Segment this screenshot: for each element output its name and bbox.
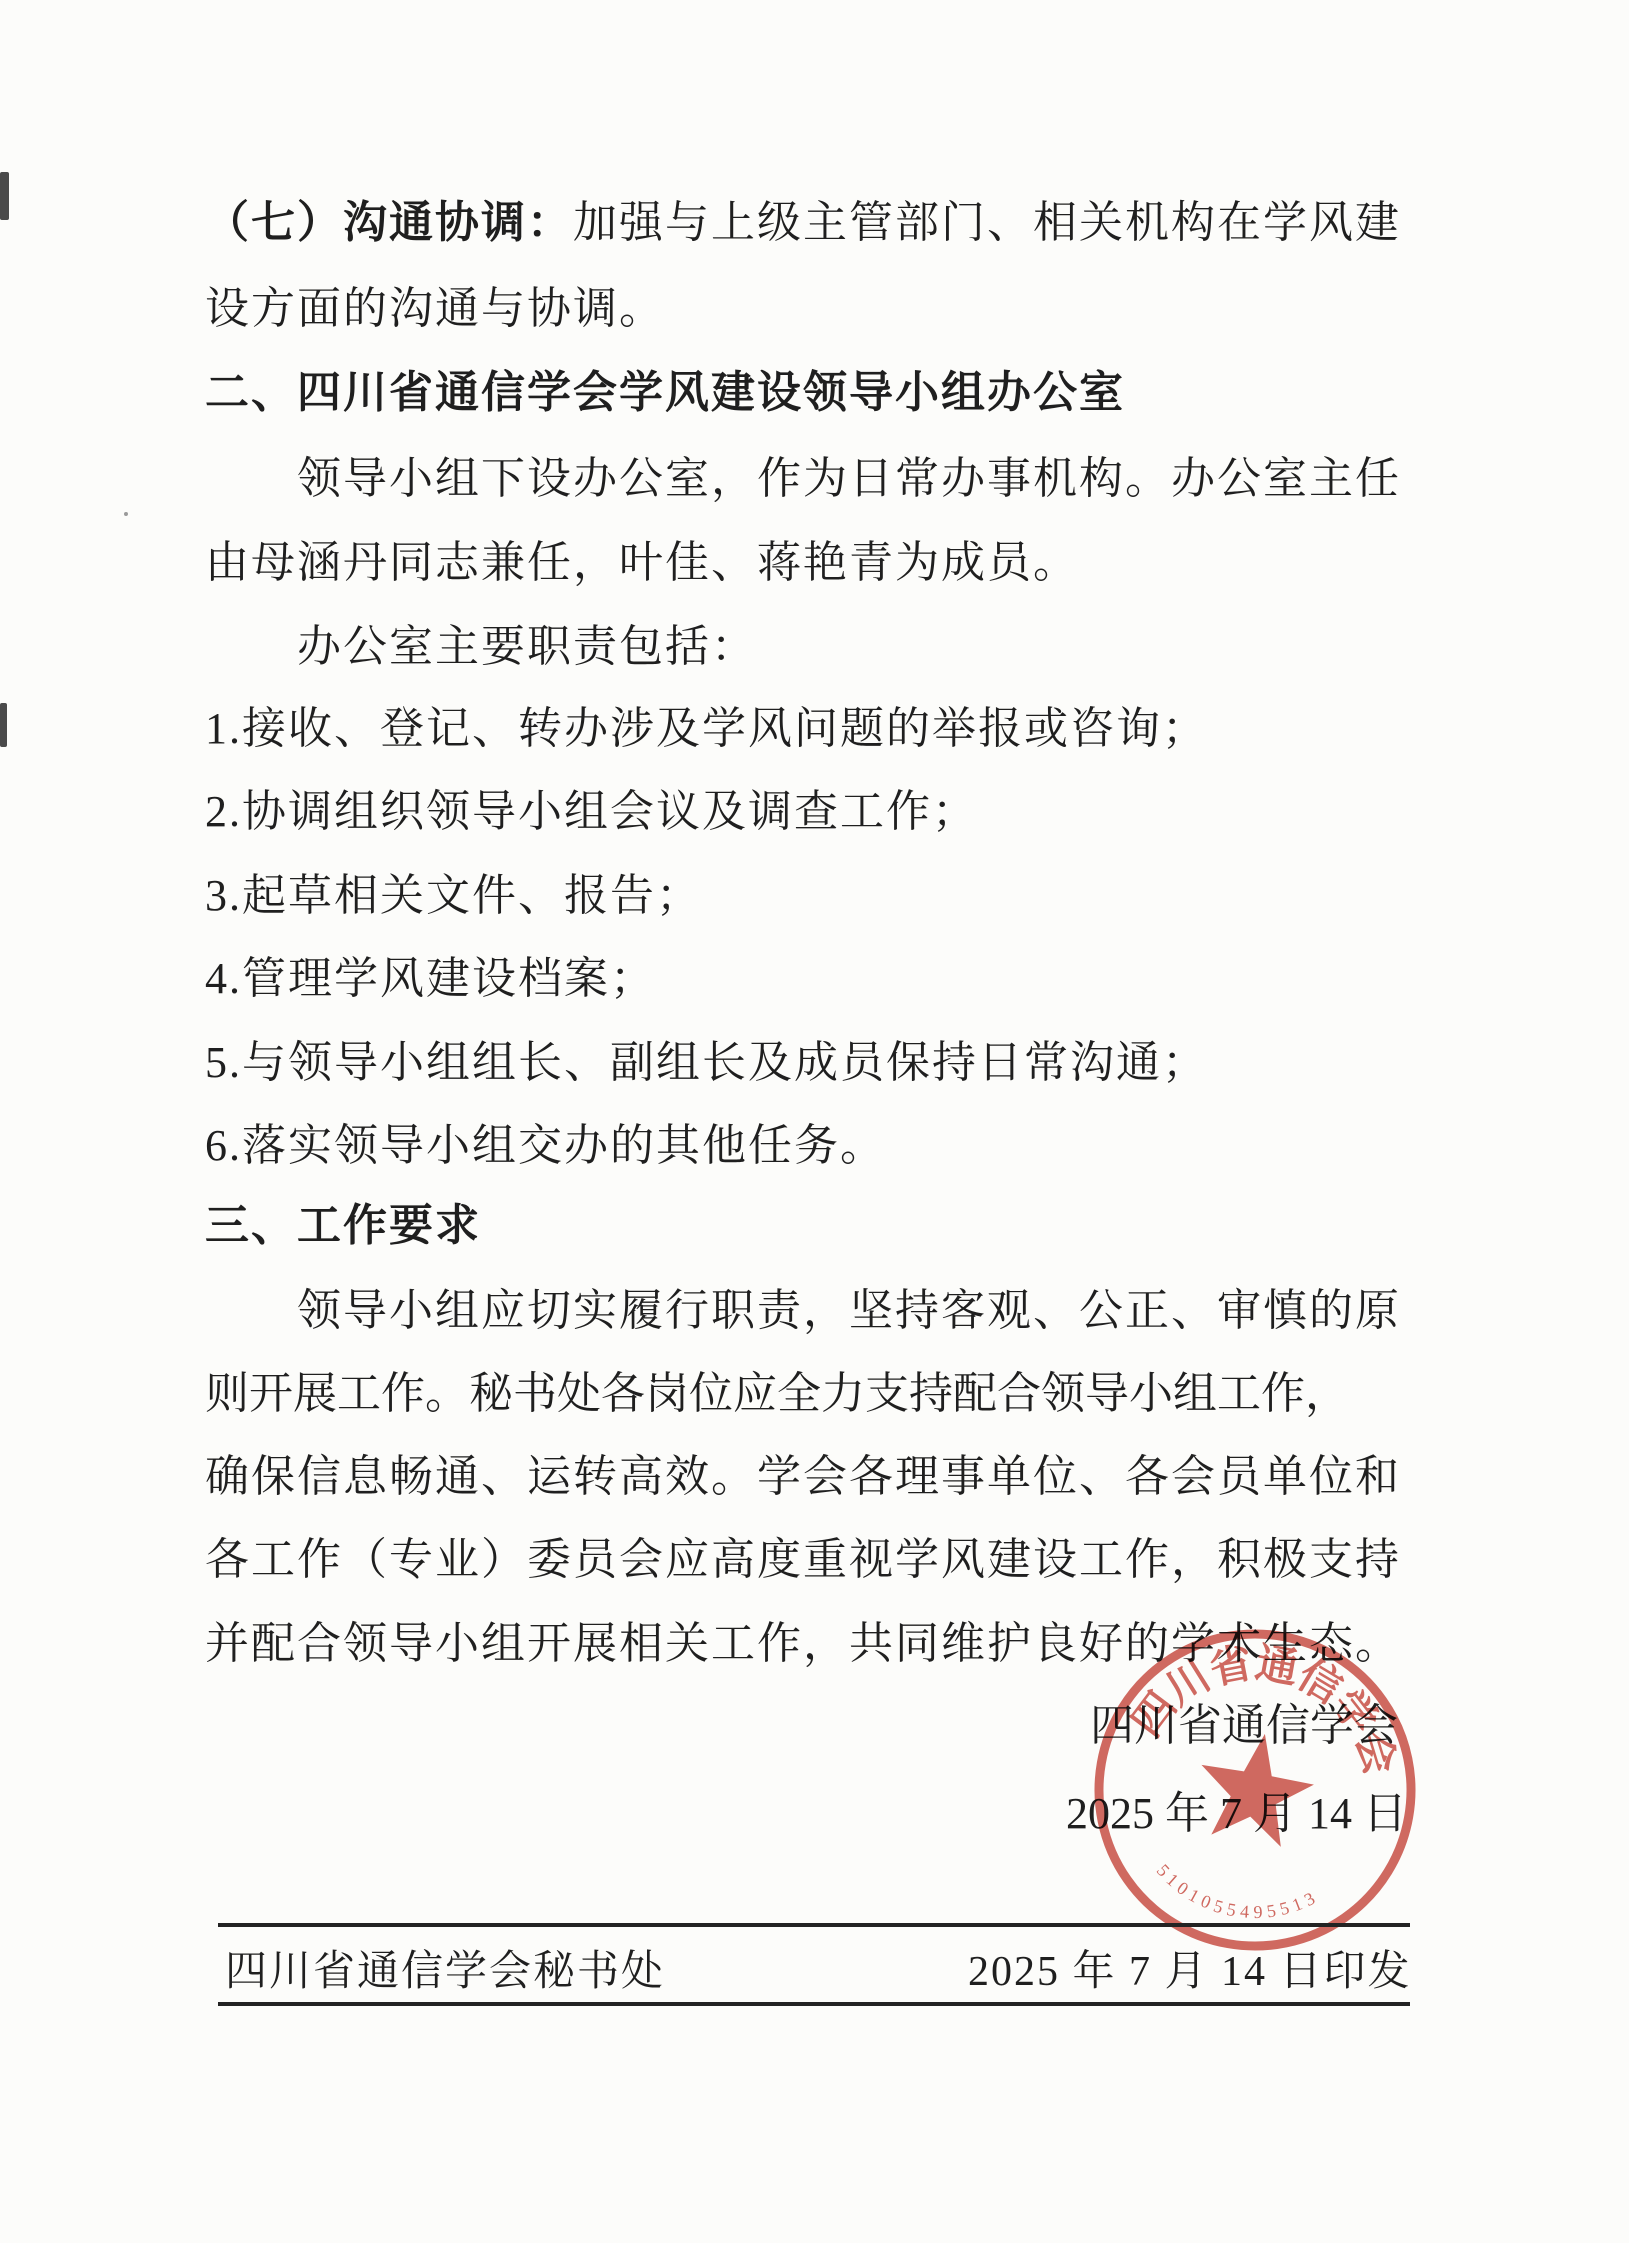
section3-para-line4: 各工作（专业）委员会应高度重视学风建设工作，积极支持 xyxy=(205,1534,1401,1586)
body-line-intro-2: 设方面的沟通与协调。 xyxy=(205,283,665,335)
footer-rule-bottom xyxy=(218,2002,1410,2006)
footer-rule-top xyxy=(218,1923,1410,1927)
section2-para-line1: 领导小组下设办公室，作为日常办事机构。办公室主任 xyxy=(297,453,1401,505)
duty-item-4: 4.管理学风建设档案； xyxy=(205,953,656,1005)
section7-label: （七）沟通协调： xyxy=(205,198,573,247)
duties-intro: 办公室主要职责包括： xyxy=(297,621,757,673)
body-line-intro-1: （七）沟通协调：加强与上级主管部门、相关机构在学风建 xyxy=(205,197,1401,249)
seal-star-icon xyxy=(1190,1724,1321,1851)
scanned-document-page: （七）沟通协调：加强与上级主管部门、相关机构在学风建 设方面的沟通与协调。 二、… xyxy=(0,0,1629,2243)
duty-item-6: 6.落实领导小组交办的其他任务。 xyxy=(205,1120,886,1172)
duty-item-1: 1.接收、登记、转办涉及学风问题的举报或咨询； xyxy=(205,703,1208,755)
section2-heading: 二、四川省通信学会学风建设领导小组办公室 xyxy=(205,367,1125,419)
duty-item-3: 3.起草相关文件、报告； xyxy=(205,870,702,922)
section3-para-line2: 则开展工作。秘书处各岗位应全力支持配合领导小组工作， xyxy=(205,1368,1349,1420)
scan-artifact xyxy=(0,172,9,220)
footer-print-date: 2025 年 7 月 14 日印发 xyxy=(968,1947,1412,1997)
seal-arc-text: 四川省通信学会 xyxy=(1121,1619,1422,1788)
scan-artifact xyxy=(124,512,128,516)
scan-artifact xyxy=(0,703,7,747)
section2-para-line2: 由母涵丹同志兼任，叶佳、蒋艳青为成员。 xyxy=(205,537,1079,589)
section3-para-line1: 领导小组应切实履行职责，坚持客观、公正、审慎的原 xyxy=(297,1285,1401,1337)
section7-text: 加强与上级主管部门、相关机构在学风建 xyxy=(573,198,1401,247)
footer-issuer: 四川省通信学会秘书处 xyxy=(225,1947,665,1997)
section3-heading: 三、工作要求 xyxy=(205,1200,481,1252)
section3-para-line3: 确保信息畅通、运转高效。学会各理事单位、各会员单位和 xyxy=(205,1451,1401,1503)
duty-item-5: 5.与领导小组组长、副组长及成员保持日常沟通； xyxy=(205,1037,1208,1089)
duty-item-2: 2.协调组织领导小组会议及调查工作； xyxy=(205,786,978,838)
